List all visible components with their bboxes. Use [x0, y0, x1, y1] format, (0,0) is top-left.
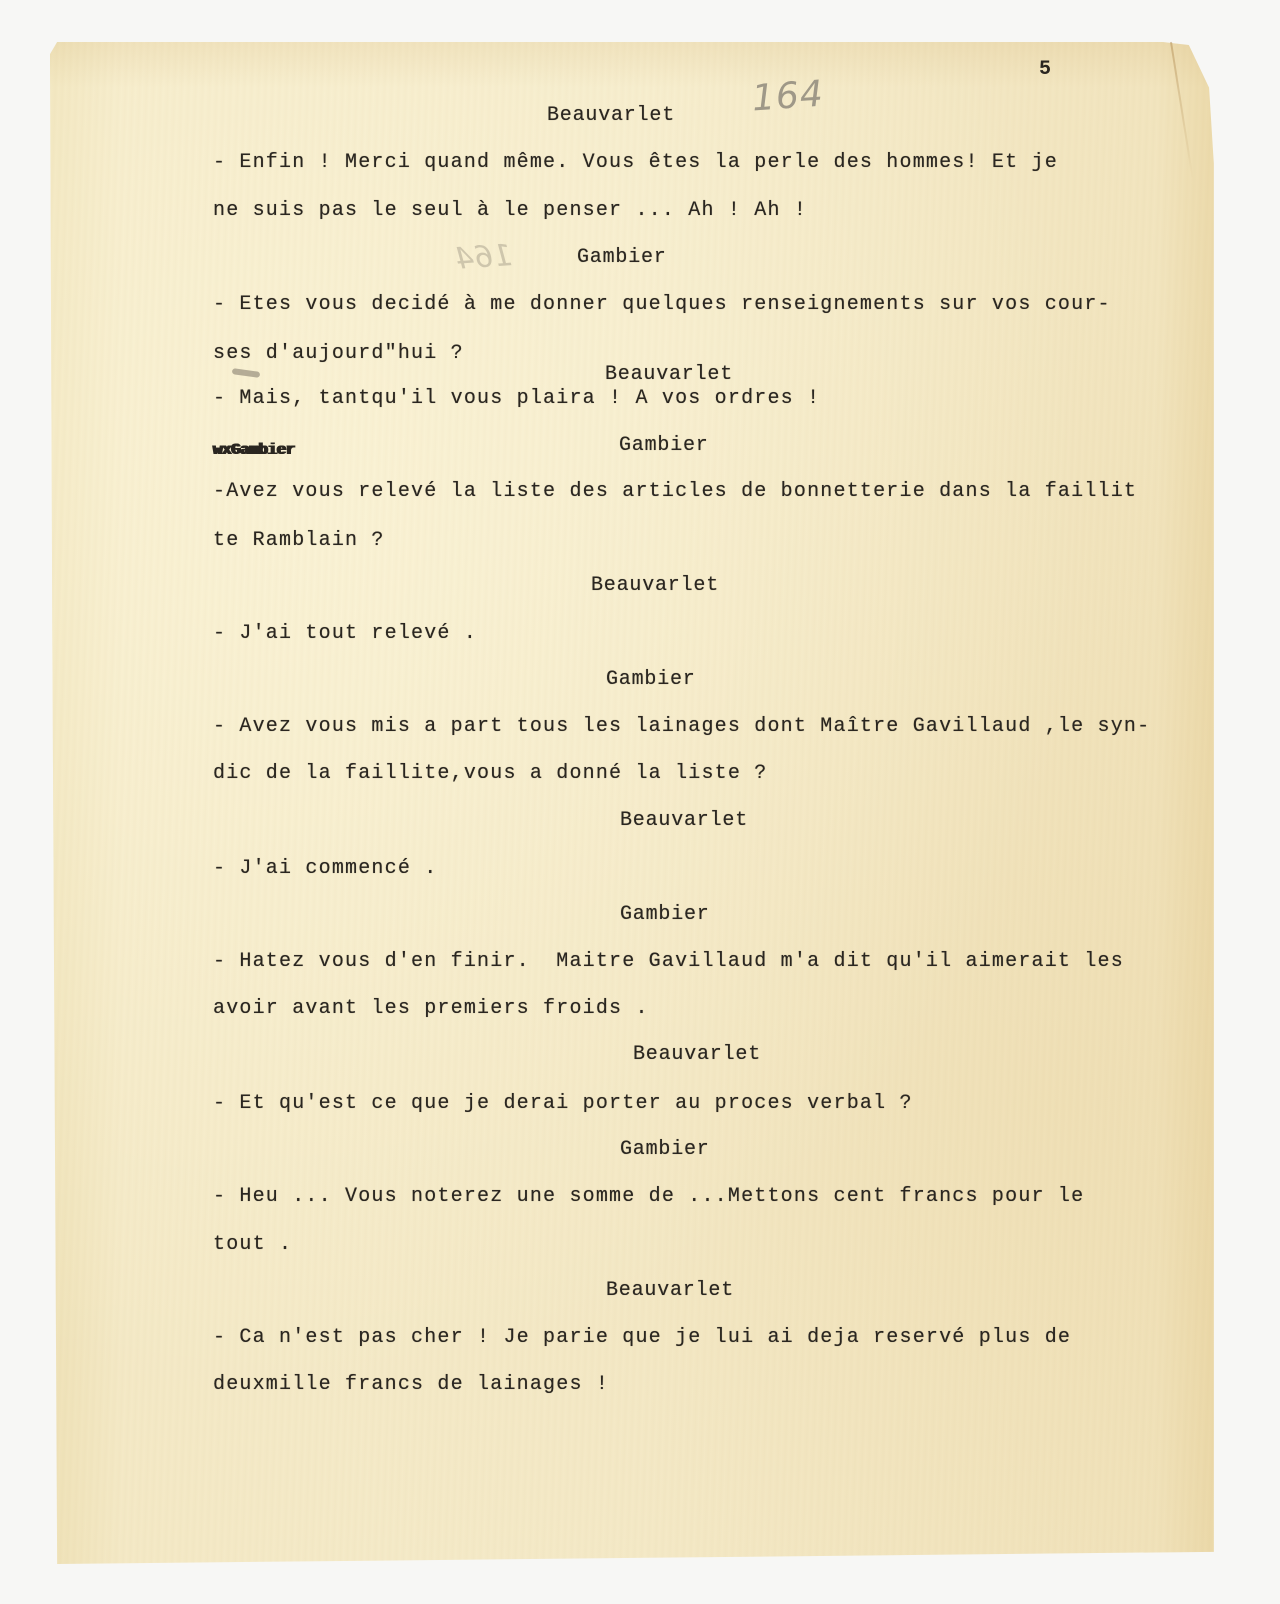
dialogue-line: - Avez vous mis a part tous les lainages…	[213, 717, 1150, 737]
dialogue-line: - Heu ... Vous noterez une somme de ...M…	[213, 1187, 1084, 1207]
pencil-folio-number: 164	[751, 74, 825, 120]
dialogue-line: dic de la faillite,vous a donné la liste…	[213, 764, 767, 784]
dialogue-line: - Ca n'est pas cher ! Je parie que je lu…	[213, 1328, 1071, 1348]
speaker-name: Gambier	[620, 905, 710, 925]
dialogue-line: deuxmille francs de lainages !	[213, 1375, 609, 1395]
dialogue-line: - Mais, tantqu'il vous plaira ! A vos or…	[213, 389, 820, 409]
speaker-name: Gambier	[619, 436, 709, 456]
dialogue-line: - J'ai tout relevé .	[213, 624, 477, 644]
dialogue-line: tout .	[213, 1235, 292, 1255]
speaker-name: Beauvarlet	[605, 365, 733, 385]
dialogue-line: -Avez vous relevé la liste des articles …	[213, 482, 1137, 502]
speaker-name: Beauvarlet	[591, 576, 719, 596]
dialogue-line: - J'ai commencé .	[213, 859, 437, 879]
speaker-name: Beauvarlet	[620, 811, 748, 831]
dialogue-line: ses d'aujourd"hui ?	[213, 344, 464, 364]
bleedthrough-folio-number: 164	[454, 238, 514, 277]
speaker-name: Gambier	[577, 248, 667, 268]
speaker-name: Gambier	[620, 1140, 710, 1160]
speaker-name: Beauvarlet	[606, 1281, 734, 1301]
struck-out-text: wxGambier	[213, 441, 295, 459]
speaker-name: Beauvarlet	[633, 1045, 761, 1065]
dialogue-line: - Hatez vous d'en finir. Maitre Gavillau…	[213, 952, 1124, 972]
dialogue-line: te Ramblain ?	[213, 531, 385, 551]
dialogue-line: - Enfin ! Merci quand même. Vous êtes la…	[213, 153, 1058, 173]
dialogue-line: - Etes vous decidé à me donner quelques …	[213, 295, 1111, 315]
speaker-name: Gambier	[606, 670, 696, 690]
dialogue-line: avoir avant les premiers froids .	[213, 999, 649, 1019]
speaker-name: Beauvarlet	[547, 106, 675, 126]
dialogue-line: ne suis pas le seul à le penser ... Ah !…	[213, 201, 807, 221]
page-number: 5	[1039, 58, 1051, 81]
dialogue-line: - Et qu'est ce que je derai porter au pr…	[213, 1094, 913, 1114]
